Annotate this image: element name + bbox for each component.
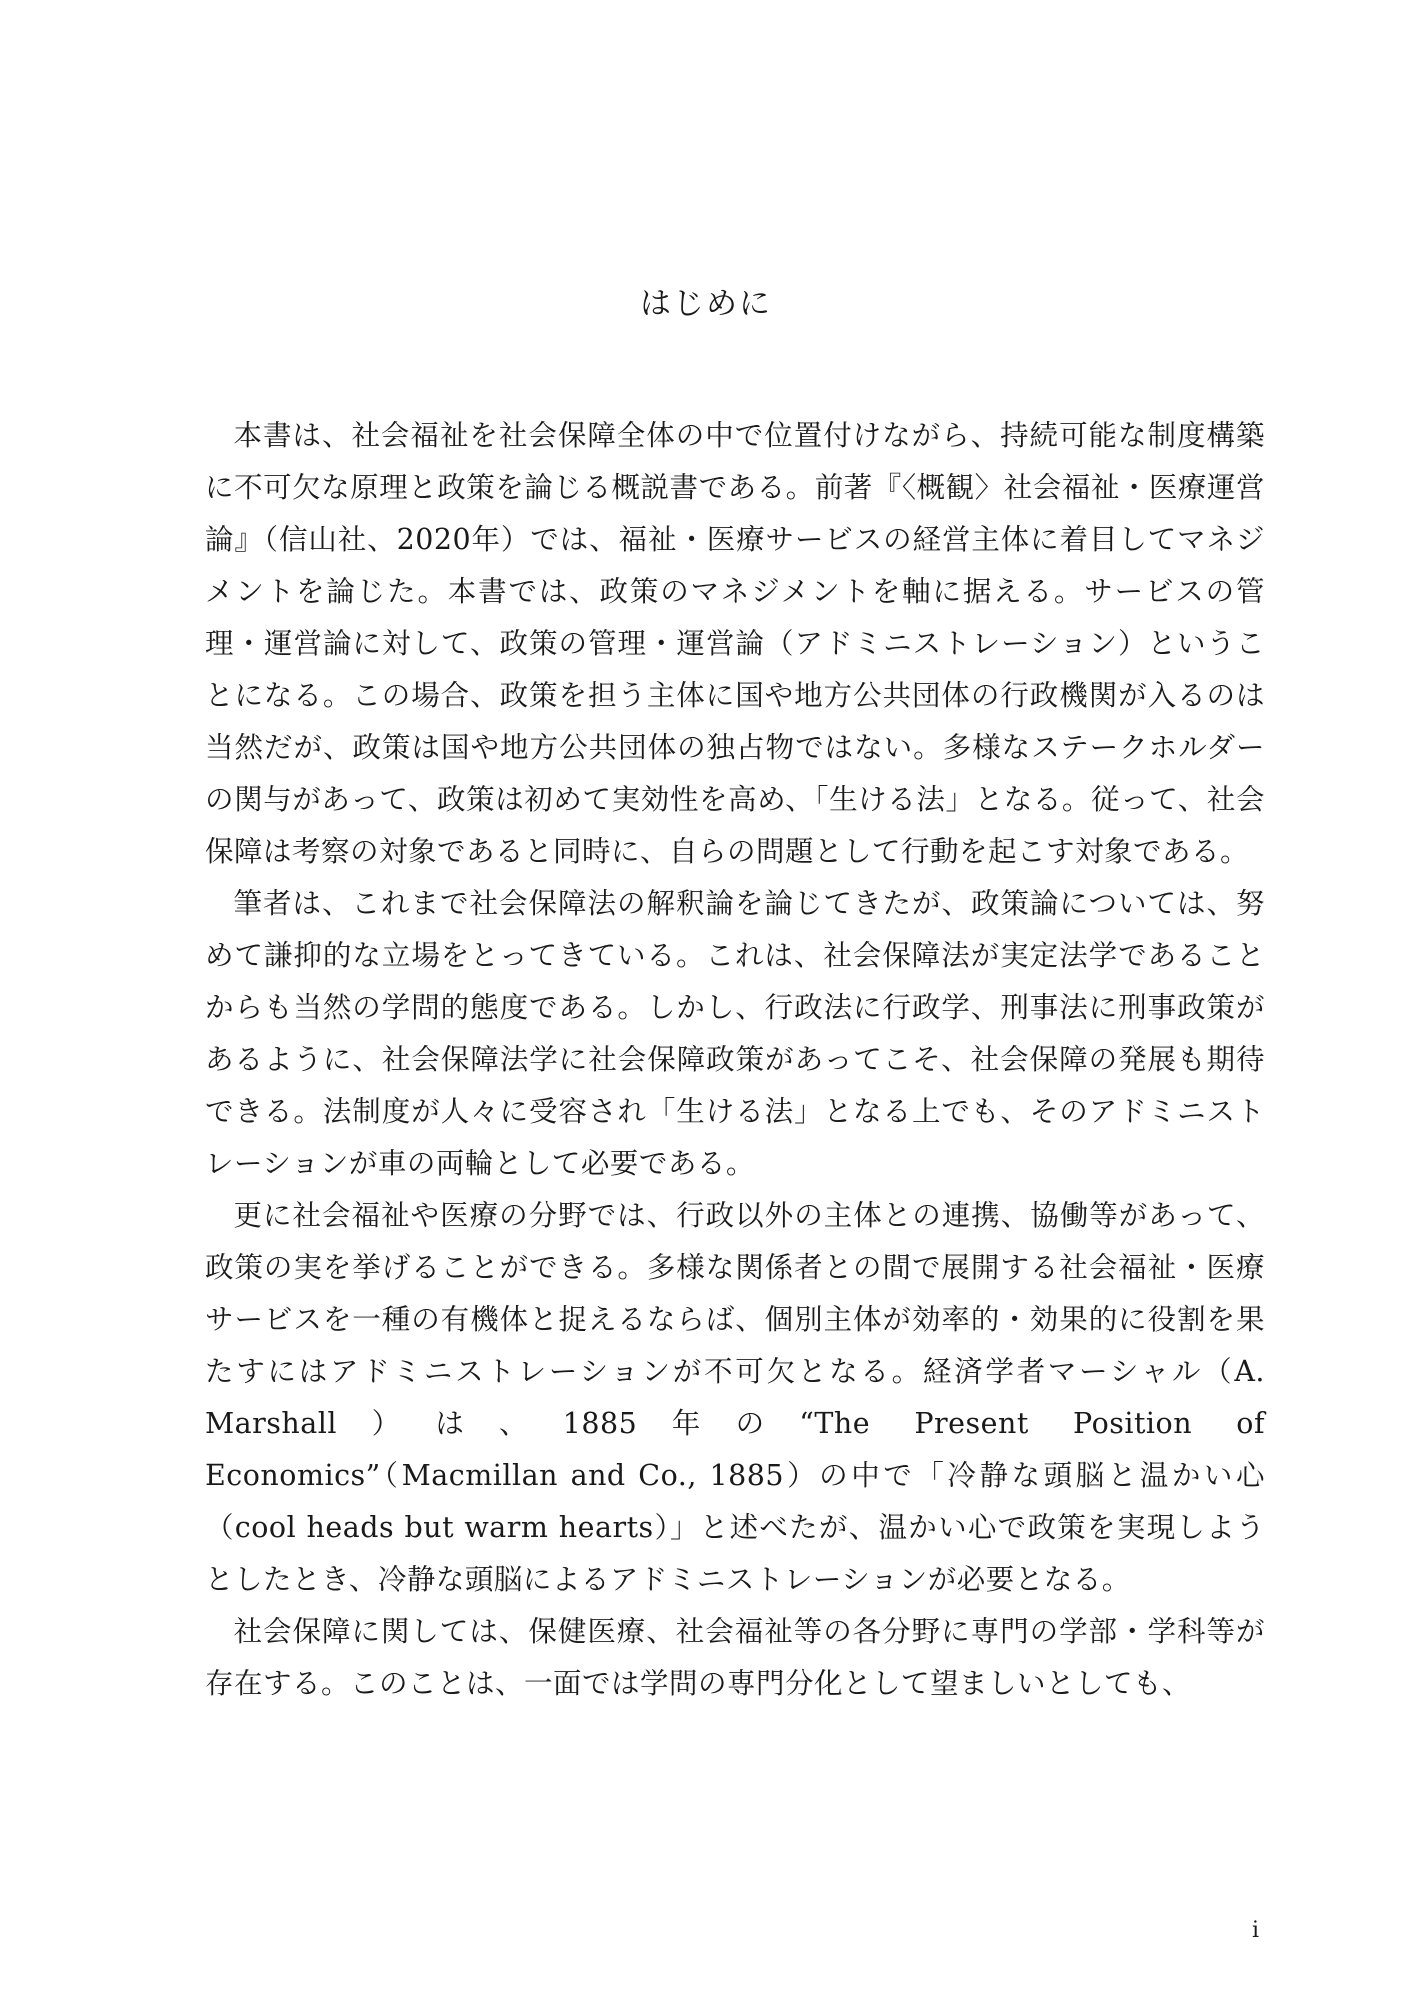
- paragraph-3: 更に社会福祉や医療の分野では、行政以外の主体との連携、協働等があって、政策の実を…: [205, 1190, 1265, 1606]
- page-number: i: [1252, 1918, 1259, 1943]
- paragraph-1: 本書は、社会福祉を社会保障全体の中で位置付けながら、持続可能な制度構築に不可欠な…: [205, 410, 1265, 878]
- paragraph-4: 社会保障に関しては、保健医療、社会福祉等の各分野に専門の学部・学科等が存在する。…: [205, 1606, 1265, 1710]
- paragraph-2: 筆者は、これまで社会保障法の解釈論を論じてきたが、政策論については、努めて謙抑的…: [205, 878, 1265, 1190]
- page-title: はじめに: [0, 278, 1412, 323]
- body-text: 本書は、社会福祉を社会保障全体の中で位置付けながら、持続可能な制度構築に不可欠な…: [205, 410, 1265, 1710]
